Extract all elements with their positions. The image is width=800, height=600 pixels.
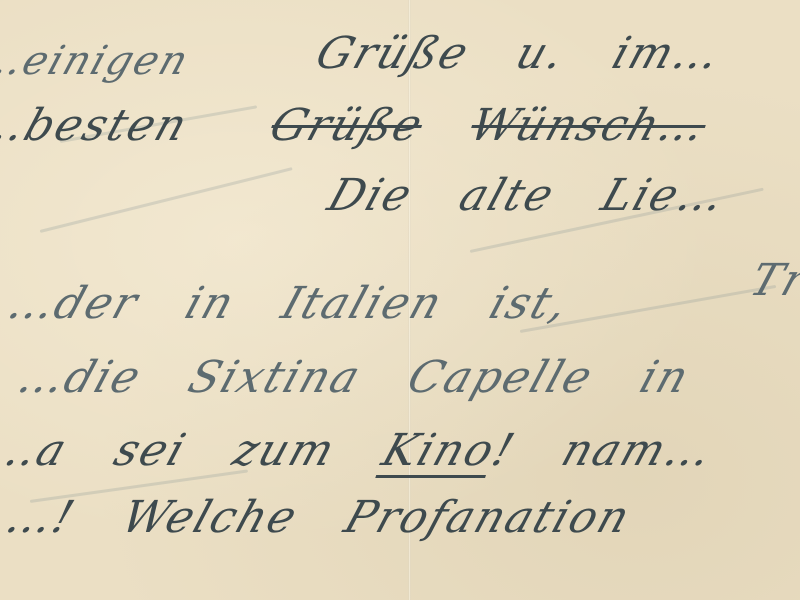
word: Lie… <box>595 170 733 221</box>
letter-line-7: …! Welche Profanation <box>0 492 672 543</box>
struck-word: Grüße <box>264 100 431 151</box>
word: Welche <box>115 492 304 543</box>
word: alte <box>453 170 562 221</box>
letter-line-4: …der in Italien ist, <box>2 278 610 329</box>
word: Tr… <box>744 255 800 306</box>
word: Capelle <box>401 352 600 403</box>
word: …der <box>2 278 146 329</box>
letter-line-2: …besten <box>0 100 229 151</box>
underlined-word: Kino <box>376 425 502 476</box>
word: ist, <box>483 278 576 329</box>
letter-paper: …einigen Grüße u. im… …besten Grüße Wüns… <box>0 0 800 600</box>
word: sei <box>108 425 193 476</box>
word: zum <box>227 425 343 476</box>
letter-line-2-struck: Grüße Wünsch… <box>264 100 748 151</box>
word: Die <box>322 170 420 221</box>
letter-line-1-right: Grüße u. im… <box>310 28 763 79</box>
word: Profanation <box>338 492 637 543</box>
letter-line-5: …die Sixtina Capelle in <box>12 352 731 403</box>
word: …! <box>0 492 82 543</box>
letter-line-3: Die alte Lie… <box>322 170 767 221</box>
word: …einigen <box>0 38 196 84</box>
word: …die <box>12 352 149 403</box>
letter-line-1: …einigen <box>0 38 230 84</box>
letter-line-6: …a sei zum Kino! nam… <box>0 425 754 476</box>
struck-word: Wünsch… <box>464 100 714 151</box>
word: Sixtina <box>182 352 368 403</box>
word: in <box>179 278 242 329</box>
word: Italien <box>275 278 449 329</box>
word: im… <box>606 28 728 79</box>
word: u. <box>510 28 573 79</box>
ink-bleed-through <box>40 167 293 233</box>
word: Grüße <box>310 28 477 79</box>
word: in <box>634 352 697 403</box>
letter-line-4-right: Tr… <box>744 255 800 306</box>
word: nam… <box>555 425 720 476</box>
word: …besten <box>0 100 195 151</box>
word: …a <box>0 425 75 476</box>
